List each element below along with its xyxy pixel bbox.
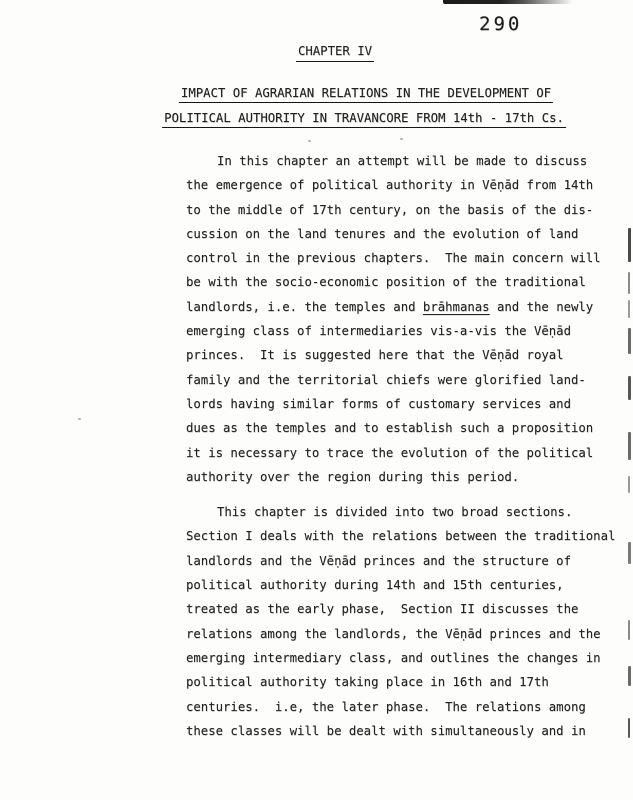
scan-artifact-right-edge xyxy=(628,620,630,640)
body-line: the emergence of political authority in … xyxy=(186,173,626,197)
page-number: 290 xyxy=(479,13,522,35)
body-line-text: In this chapter an attempt will be made … xyxy=(217,154,587,168)
body-line-text: relations among the landlords, the Vēṇād… xyxy=(186,627,601,641)
scan-artifact-right-edge xyxy=(628,542,631,564)
body-line: political authority taking place in 16th… xyxy=(186,670,626,694)
body-line-text: Section I deals with the relations betwe… xyxy=(186,529,615,543)
scan-artifact-right-edge xyxy=(628,476,630,493)
body-line: lords having similar forms of customary … xyxy=(186,392,626,416)
scan-artifact-top-bar xyxy=(443,0,573,4)
body-line: authority over the region during this pe… xyxy=(186,465,626,489)
scan-artifact-right-edge xyxy=(628,718,630,738)
body-line-text: be with the socio-economic position of t… xyxy=(186,275,586,289)
body-line: these classes will be dealt with simulta… xyxy=(186,719,626,743)
title-line-2: POLITICAL AUTHORITY IN TRAVANCORE FROM 1… xyxy=(162,111,566,128)
body-line-text: and the newly xyxy=(490,300,594,314)
body-line: it is necessary to trace the evolution o… xyxy=(186,441,626,465)
scan-artifact-right-edge xyxy=(628,228,631,262)
title-line-1: IMPACT OF AGRARIAN RELATIONS IN THE DEVE… xyxy=(179,86,553,103)
body-line-text: centuries. i.e, the later phase. The rel… xyxy=(186,700,586,714)
scan-artifact-right-edge xyxy=(628,666,631,686)
body-line: Section I deals with the relations betwe… xyxy=(186,524,626,548)
body-line-text: the emergence of political authority in … xyxy=(186,178,593,192)
body-line-text: cussion on the land tenures and the evol… xyxy=(186,227,578,241)
body-line-text: it is necessary to trace the evolution o… xyxy=(186,446,593,460)
body-line: be with the socio-economic position of t… xyxy=(186,270,626,294)
body-line-text: these classes will be dealt with simulta… xyxy=(186,724,586,738)
body-line: family and the territorial chiefs were g… xyxy=(186,368,626,392)
body-line-text: This chapter is divided into two broad s… xyxy=(217,505,572,519)
body-line-text: emerging class of intermediaries vis-a-v… xyxy=(186,324,571,338)
body-line-text: political authority during 14th and 15th… xyxy=(186,578,564,592)
body-line-text: political authority taking place in 16th… xyxy=(186,675,549,689)
scan-speck xyxy=(78,418,81,420)
body-line: emerging intermediary class, and outline… xyxy=(186,646,626,670)
body-line-text: lords having similar forms of customary … xyxy=(186,397,571,411)
body-text: In this chapter an attempt will be made … xyxy=(186,149,626,743)
body-line: relations among the landlords, the Vēṇād… xyxy=(186,622,626,646)
body-line-text: treated as the early phase, Section II d… xyxy=(186,602,578,616)
scan-artifact-right-edge xyxy=(628,432,631,460)
underlined-term: brāhmanas xyxy=(423,300,490,314)
scan-speck xyxy=(308,140,311,142)
body-line-text: landlords, i.e. the temples and xyxy=(186,300,423,314)
body-line: This chapter is divided into two broad s… xyxy=(186,500,626,524)
body-line: to the middle of 17th century, on the ba… xyxy=(186,198,626,222)
body-line: princes. It is suggested here that the V… xyxy=(186,343,626,367)
body-line-text: landlords and the Vēṇād princes and the … xyxy=(186,554,571,568)
scan-speck xyxy=(400,138,403,140)
body-line-text: to the middle of 17th century, on the ba… xyxy=(186,203,593,217)
body-line-text: control in the previous chapters. The ma… xyxy=(186,251,601,265)
body-line-text: authority over the region during this pe… xyxy=(186,470,519,484)
body-line-text: princes. It is suggested here that the V… xyxy=(186,348,564,362)
body-line: landlords and the Vēṇād princes and the … xyxy=(186,549,626,573)
scanned-document-page: 290 CHAPTER IV IMPACT OF AGRARIAN RELATI… xyxy=(0,0,633,800)
body-line: control in the previous chapters. The ma… xyxy=(186,246,626,270)
body-line: emerging class of intermediaries vis-a-v… xyxy=(186,319,626,343)
body-line: political authority during 14th and 15th… xyxy=(186,573,626,597)
paragraph: This chapter is divided into two broad s… xyxy=(186,500,626,743)
body-line: In this chapter an attempt will be made … xyxy=(186,149,626,173)
scan-artifact-right-edge xyxy=(628,376,631,400)
scan-artifact-right-edge xyxy=(628,272,630,294)
body-line: centuries. i.e, the later phase. The rel… xyxy=(186,695,626,719)
chapter-heading: CHAPTER IV xyxy=(296,44,374,62)
body-line-text: dues as the temples and to establish suc… xyxy=(186,421,593,435)
paragraph: In this chapter an attempt will be made … xyxy=(186,149,626,489)
body-line-text: emerging intermediary class, and outline… xyxy=(186,651,601,665)
body-line: treated as the early phase, Section II d… xyxy=(186,597,626,621)
scan-artifact-right-edge xyxy=(628,300,630,318)
body-line: landlords, i.e. the temples and brāhmana… xyxy=(186,295,626,319)
body-line: dues as the temples and to establish suc… xyxy=(186,416,626,440)
scan-artifact-right-edge xyxy=(628,328,631,354)
body-line: cussion on the land tenures and the evol… xyxy=(186,222,626,246)
body-line-text: family and the territorial chiefs were g… xyxy=(186,373,586,387)
